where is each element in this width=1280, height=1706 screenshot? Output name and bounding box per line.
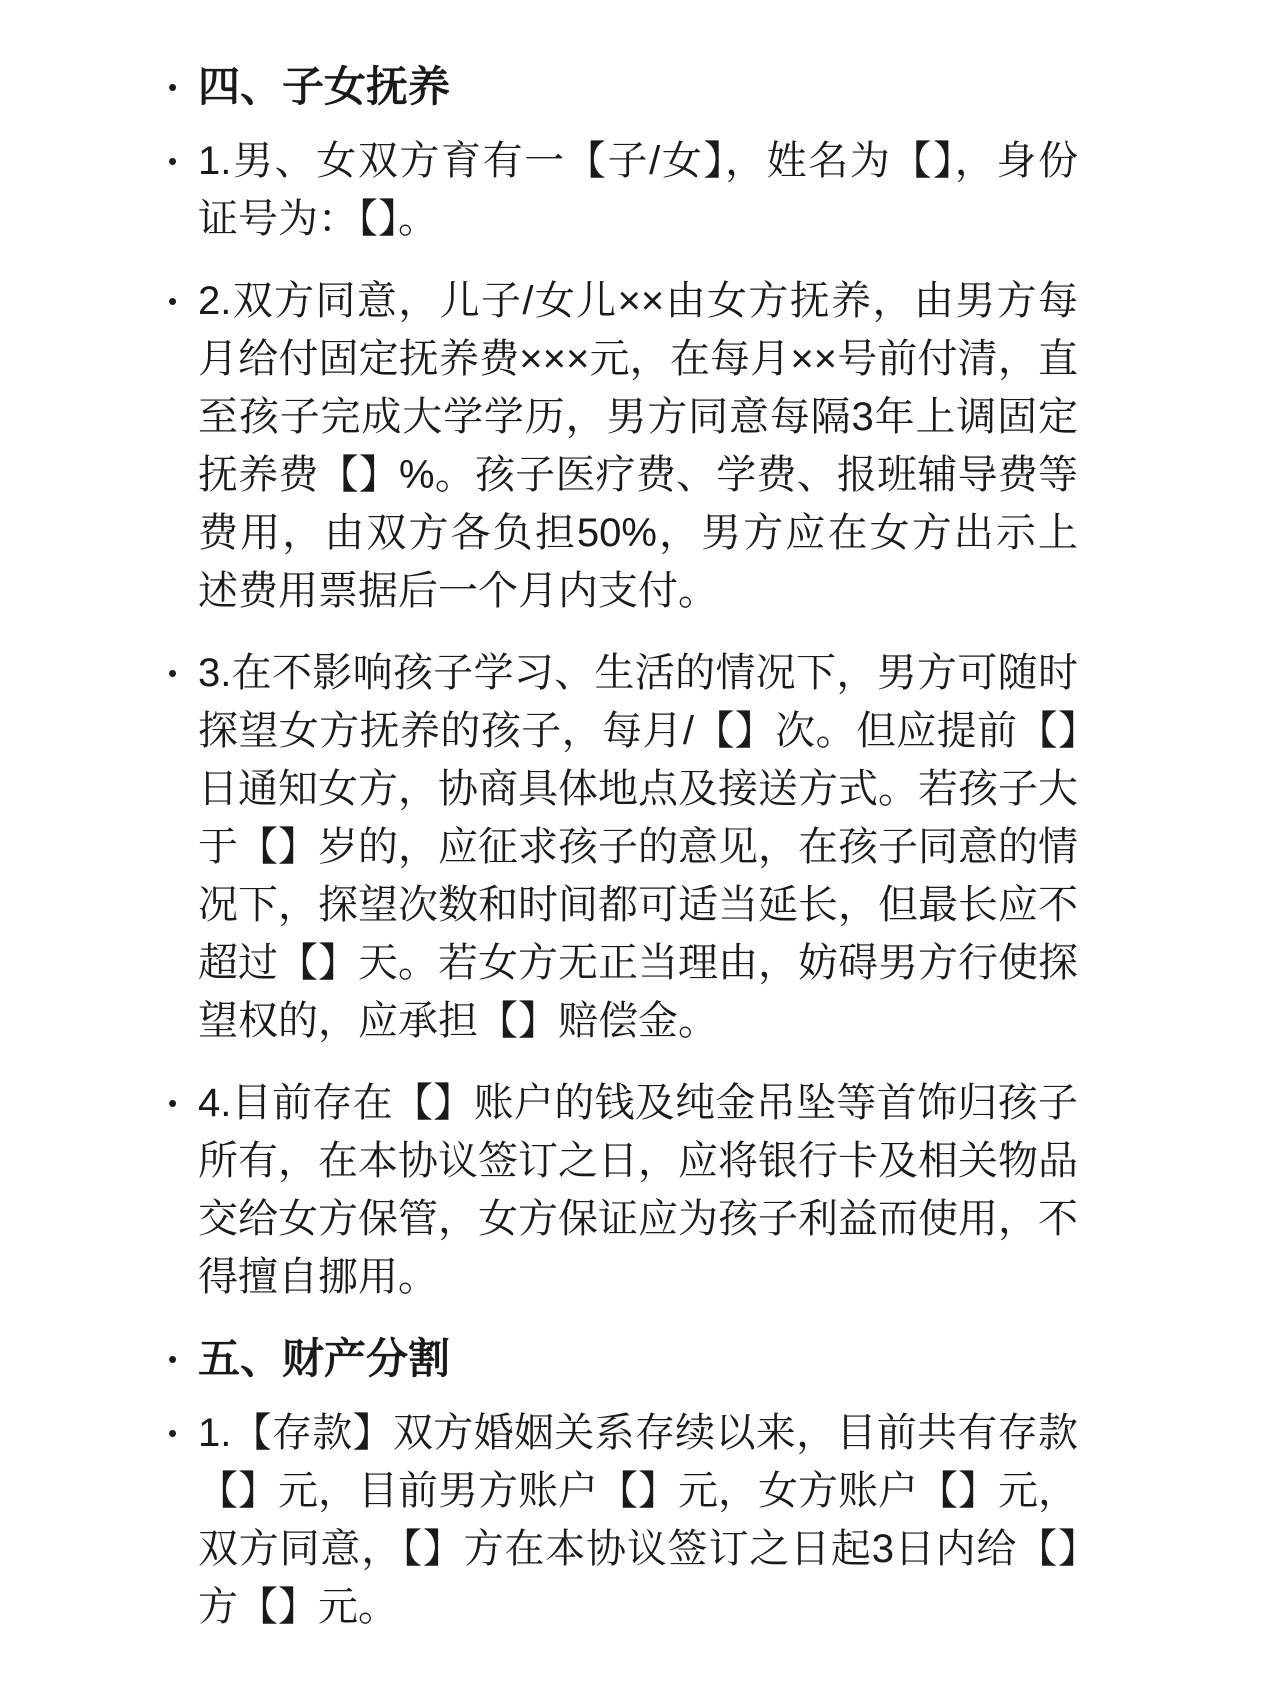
bullet-icon: • [168, 1404, 198, 1462]
list-item: • 1.男、女双方育有一【子/女】，姓名为【】，身份证号为：【】。 [168, 132, 1240, 248]
list-item-text: 4.目前存在【】账户的钱及纯金吊坠等首饰归孩子所有，在本协议签订之日，应将银行卡… [198, 1074, 1078, 1306]
section-heading-property: 五、财产分割 [198, 1330, 450, 1388]
list-item: • 2.双方同意，儿子/女儿××由女方抚养，由男方每月给付固定抚养费×××元，在… [168, 272, 1240, 620]
bullet-icon: • [168, 644, 198, 702]
bullet-icon: • [168, 1330, 198, 1388]
bullet-icon: • [168, 1074, 198, 1132]
section-heading-custody: 四、子女抚养 [198, 58, 450, 116]
list-item-text: 3.在不影响孩子学习、生活的情况下，男方可随时探望女方抚养的孩子，每月/【】次。… [198, 644, 1078, 1050]
list-item-text: 1.男、女双方育有一【子/女】，姓名为【】，身份证号为：【】。 [198, 132, 1078, 248]
bullet-icon: • [168, 58, 198, 116]
list-item-text: 1.【存款】双方婚姻关系存续以来，目前共有存款【】元，目前男方账户【】元，女方账… [198, 1404, 1078, 1636]
document-page: • 四、子女抚养 • 1.男、女双方育有一【子/女】，姓名为【】，身份证号为：【… [0, 0, 1280, 1636]
list-item: • 4.目前存在【】账户的钱及纯金吊坠等首饰归孩子所有，在本协议签订之日，应将银… [168, 1074, 1240, 1306]
section-heading-row: • 五、财产分割 [168, 1330, 1240, 1388]
list-item-text: 2.双方同意，儿子/女儿××由女方抚养，由男方每月给付固定抚养费×××元，在每月… [198, 272, 1078, 620]
list-item: • 1.【存款】双方婚姻关系存续以来，目前共有存款【】元，目前男方账户【】元，女… [168, 1404, 1240, 1636]
list-item: • 3.在不影响孩子学习、生活的情况下，男方可随时探望女方抚养的孩子，每月/【】… [168, 644, 1240, 1050]
section-heading-row: • 四、子女抚养 [168, 58, 1240, 116]
bullet-icon: • [168, 272, 198, 330]
bullet-icon: • [168, 132, 198, 190]
